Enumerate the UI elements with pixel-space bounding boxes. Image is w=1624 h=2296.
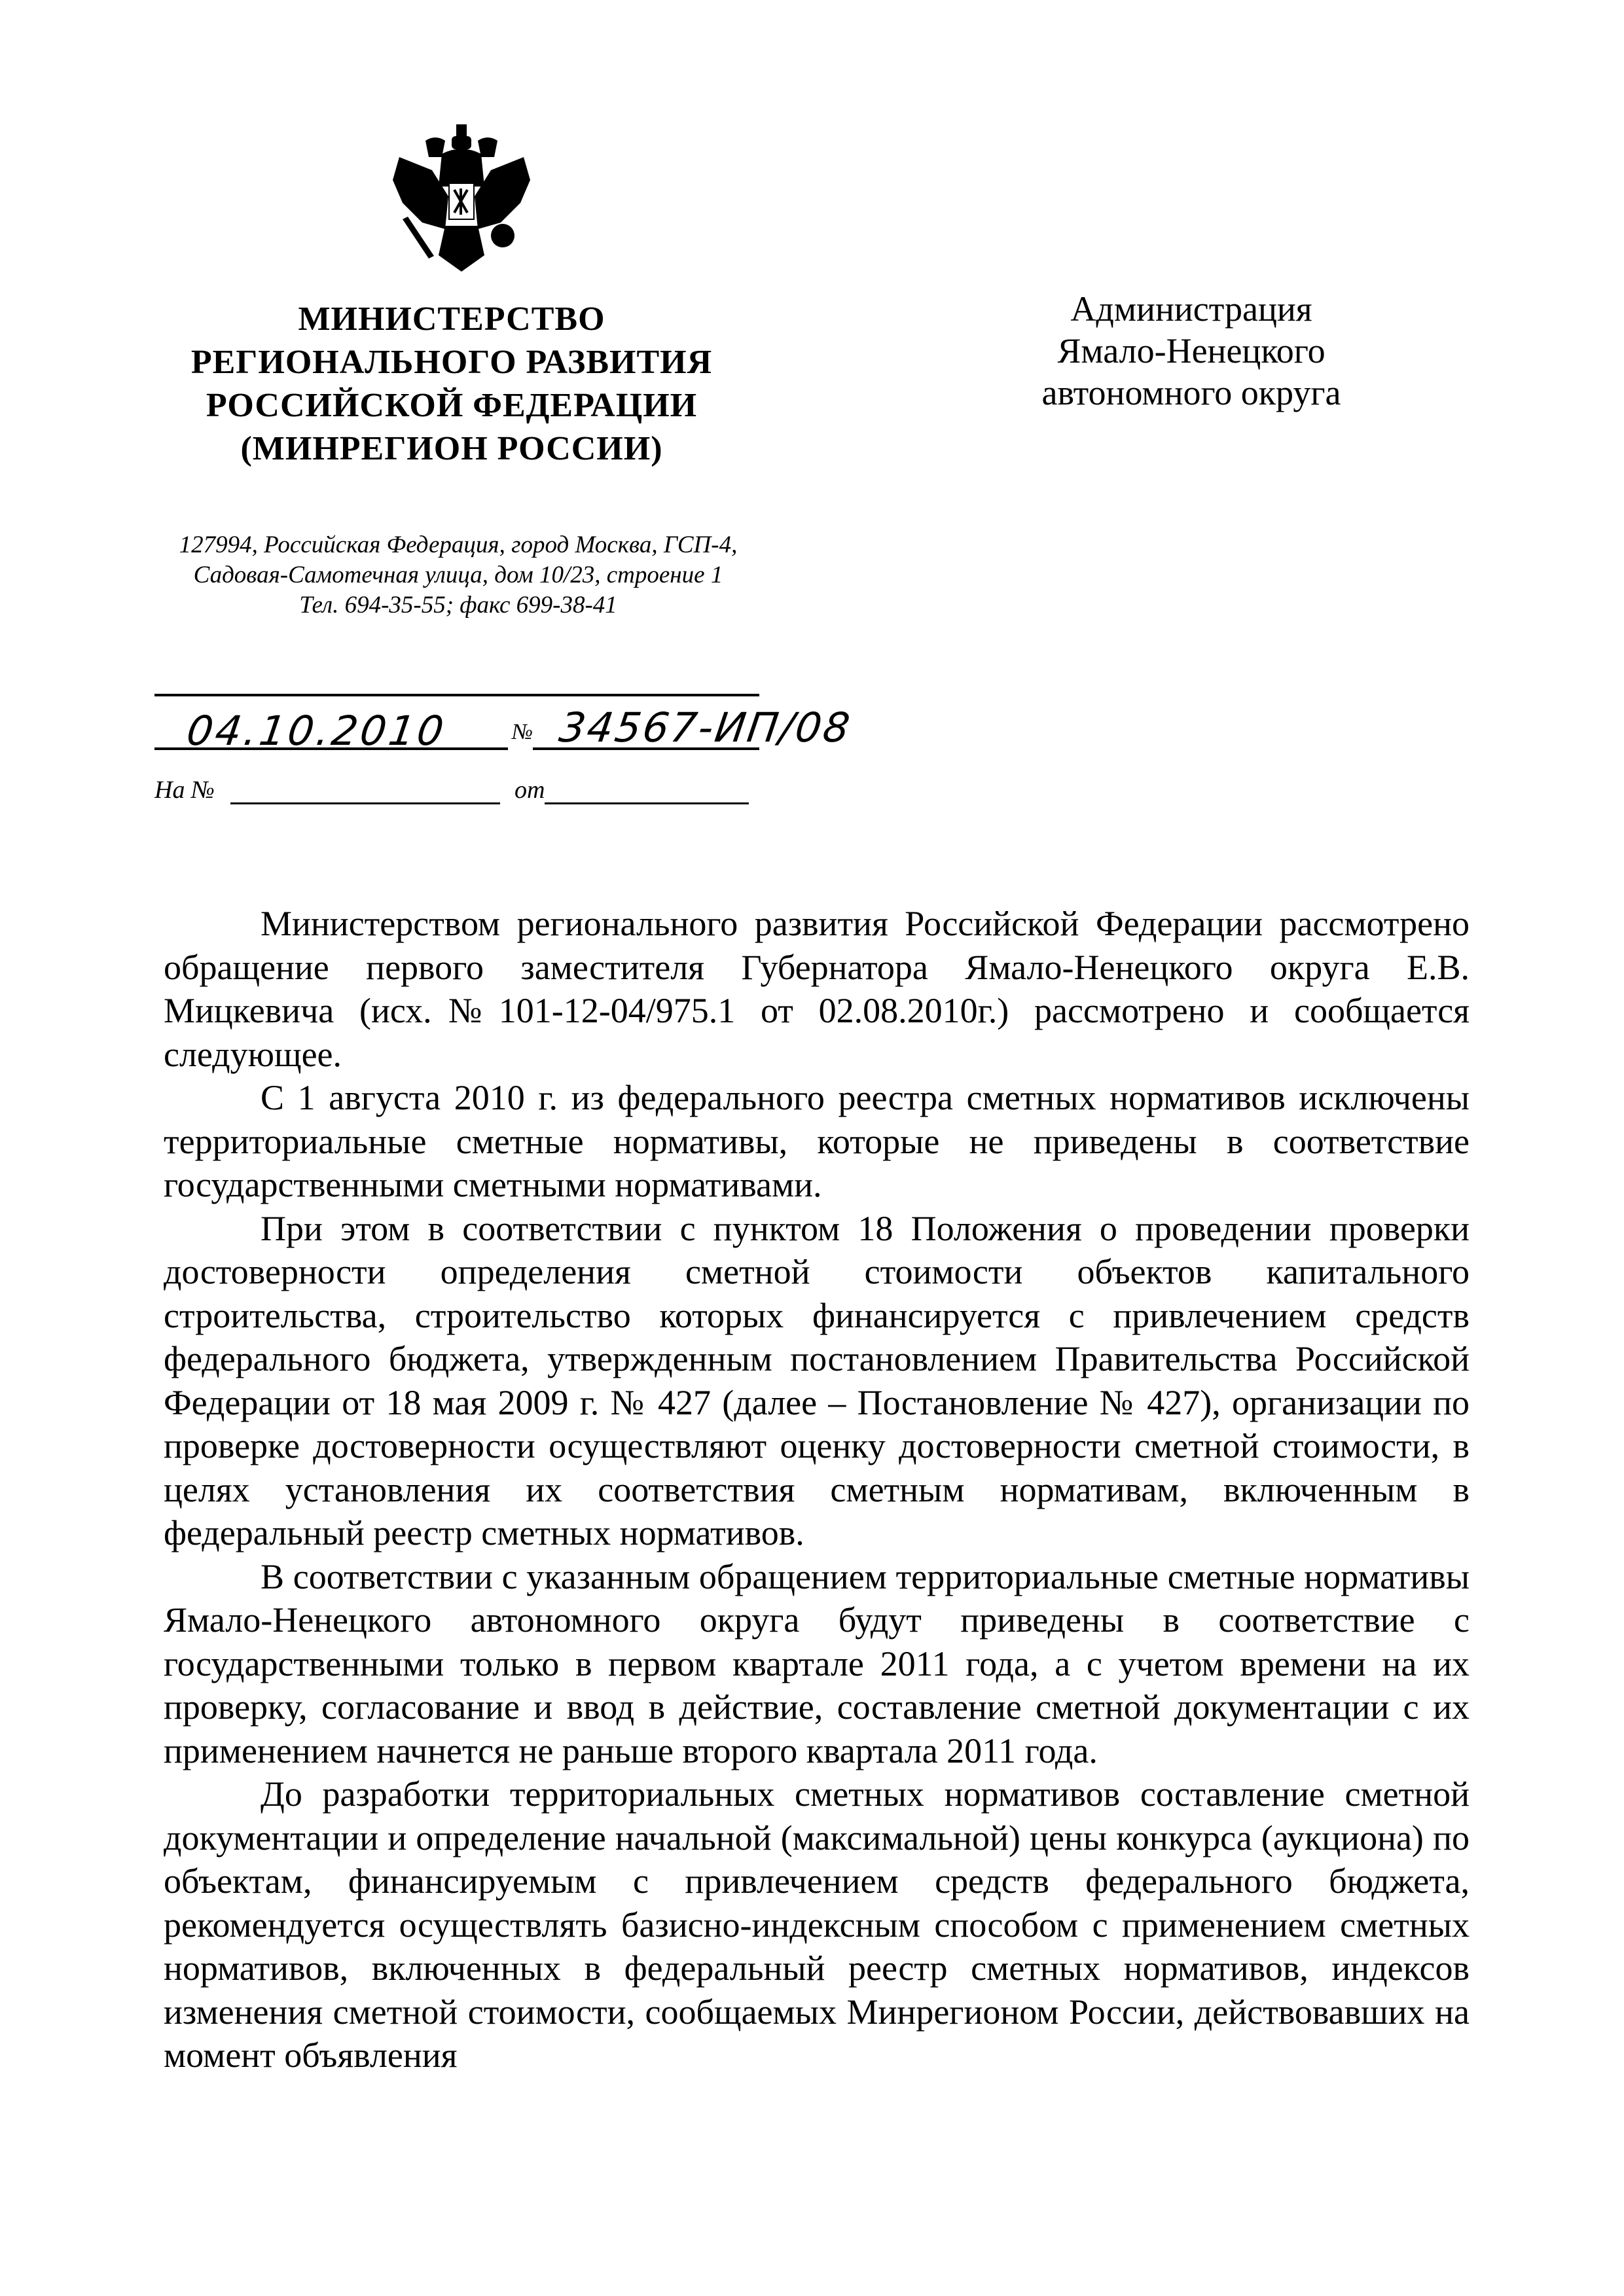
- divider-line: [154, 694, 759, 696]
- ministry-line: РЕГИОНАЛЬНОГО РАЗВИТИЯ: [164, 341, 740, 384]
- reference-from-label: от: [514, 776, 545, 804]
- addressee-line: Администрация: [982, 288, 1401, 330]
- ministry-address: 127994, Российская Федерация, город Моск…: [131, 530, 785, 620]
- letter-body: Министерством регионального развития Рос…: [164, 902, 1470, 2077]
- date-underline: [154, 747, 508, 750]
- body-paragraph: С 1 августа 2010 г. из федерального реес…: [164, 1076, 1470, 1207]
- address-line: Тел. 694-35-55; факс 699-38-41: [131, 590, 785, 620]
- body-paragraph: При этом в соответствии с пунктом 18 Пол…: [164, 1207, 1470, 1555]
- reference-number-field: [230, 802, 500, 804]
- number-underline: [533, 747, 759, 750]
- number-label: №: [512, 720, 533, 745]
- coat-of-arms-icon: [386, 118, 537, 275]
- addressee-line: автономного округа: [982, 372, 1401, 414]
- ministry-line: МИНИСТЕРСТВО: [164, 298, 740, 341]
- ministry-line: (МИНРЕГИОН РОССИИ): [164, 427, 740, 471]
- reference-number-label: На №: [154, 776, 215, 804]
- body-paragraph: До разработки территориальных сметных но…: [164, 1772, 1470, 2077]
- ministry-line: РОССИЙСКОЙ ФЕДЕРАЦИИ: [164, 384, 740, 427]
- addressee: Администрация Ямало-Ненецкого автономног…: [982, 288, 1401, 414]
- registration-number: 34567-ИП/08: [540, 704, 929, 751]
- address-line: 127994, Российская Федерация, город Моск…: [131, 530, 785, 560]
- body-paragraph: В соответствии с указанным обращением те…: [164, 1555, 1470, 1773]
- addressee-line: Ямало-Ненецкого: [982, 330, 1401, 372]
- reference-date-field: [545, 802, 749, 804]
- body-paragraph: Министерством регионального развития Рос…: [164, 902, 1470, 1076]
- ministry-name: МИНИСТЕРСТВО РЕГИОНАЛЬНОГО РАЗВИТИЯ РОСС…: [164, 298, 740, 471]
- address-line: Садовая-Самотечная улица, дом 10/23, стр…: [131, 560, 785, 590]
